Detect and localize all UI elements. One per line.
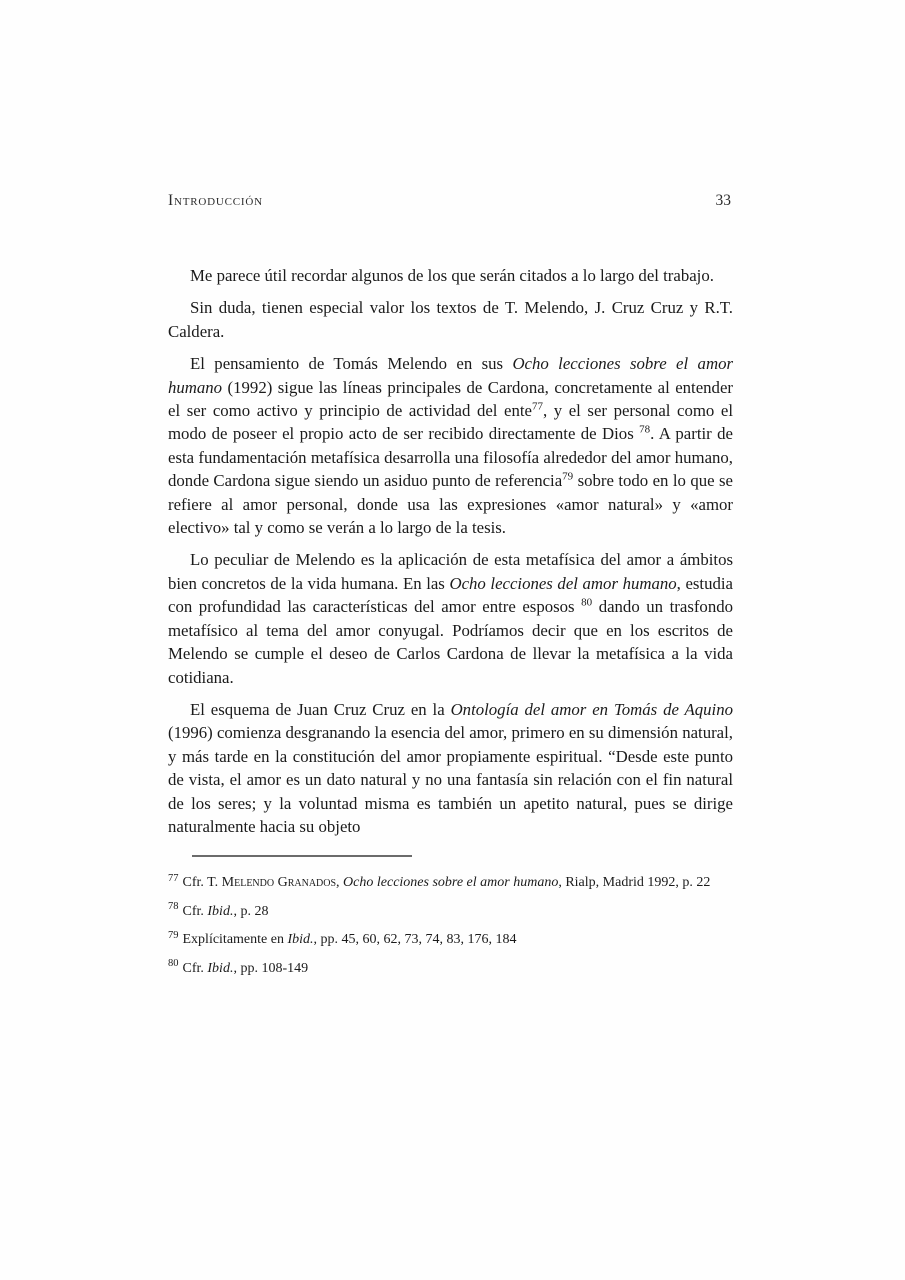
- footnote-number: 78: [168, 901, 179, 912]
- text-column: Introducción 33 Me parece útil recordar …: [168, 0, 733, 987]
- text-run: Ocho lecciones del amor humano: [449, 574, 676, 593]
- footnote-number: 77: [168, 873, 179, 884]
- text-run: Ibid.: [207, 961, 233, 976]
- paragraph: Sin duda, tienen especial valor los text…: [168, 296, 733, 343]
- footnote-separator: [192, 855, 412, 857]
- text-run: , Rialp, Madrid 1992, p. 22: [558, 875, 710, 890]
- text-run: Ocho lecciones sobre el amor humano: [343, 875, 558, 890]
- document-page: Introducción 33 Me parece útil recordar …: [0, 0, 905, 1280]
- paragraph: Me parece útil recordar algunos de los q…: [168, 264, 733, 287]
- text-run: El pensamiento de Tomás Melendo en sus: [190, 354, 512, 373]
- text-run: ,: [336, 875, 343, 890]
- text-run: Ibid.: [207, 904, 233, 919]
- text-run: Me parece útil recordar algunos de los q…: [190, 266, 714, 285]
- text-run: El esquema de Juan Cruz Cruz en la: [190, 700, 451, 719]
- footnote-reference: 78: [639, 424, 650, 436]
- text-run: Melendo Granados: [222, 875, 336, 890]
- footnote: 79Explícitamente en Ibid., pp. 45, 60, 6…: [168, 930, 733, 951]
- running-header: Introducción 33: [168, 192, 733, 210]
- text-run: Sin duda, tienen especial valor los text…: [168, 298, 733, 340]
- paragraph: El esquema de Juan Cruz Cruz en la Ontol…: [168, 698, 733, 838]
- text-run: Cfr. T.: [183, 875, 222, 890]
- text-run: , pp. 108-149: [233, 961, 308, 976]
- text-run: Ontología del amor en Tomás de Aquino: [451, 700, 733, 719]
- running-header-title: Introducción: [168, 192, 263, 210]
- footnote-number: 79: [168, 930, 179, 941]
- text-run: Cfr.: [183, 961, 208, 976]
- footnote-reference: 79: [562, 471, 573, 483]
- text-run: , p. 28: [233, 904, 268, 919]
- footnote: 77Cfr. T. Melendo Granados, Ocho leccion…: [168, 873, 733, 894]
- text-run: , pp. 45, 60, 62, 73, 74, 83, 176, 184: [314, 932, 517, 947]
- footnote: 78Cfr. Ibid., p. 28: [168, 902, 733, 923]
- footnote-number: 80: [168, 958, 179, 969]
- text-run: (1996) comienza desgranando la esencia d…: [168, 723, 733, 836]
- footnote: 80Cfr. Ibid., pp. 108-149: [168, 959, 733, 980]
- text-run: Ibid.: [287, 932, 313, 947]
- footnote-reference: 77: [532, 400, 543, 412]
- text-run: Explícitamente en: [183, 932, 288, 947]
- body-text: Me parece útil recordar algunos de los q…: [168, 264, 733, 838]
- footnotes-section: 77Cfr. T. Melendo Granados, Ocho leccion…: [168, 873, 733, 979]
- footnote-reference: 80: [581, 597, 592, 609]
- text-run: Cfr.: [183, 904, 208, 919]
- page-number: 33: [716, 192, 734, 210]
- paragraph: El pensamiento de Tomás Melendo en sus O…: [168, 352, 733, 539]
- paragraph: Lo peculiar de Melendo es la aplicación …: [168, 548, 733, 688]
